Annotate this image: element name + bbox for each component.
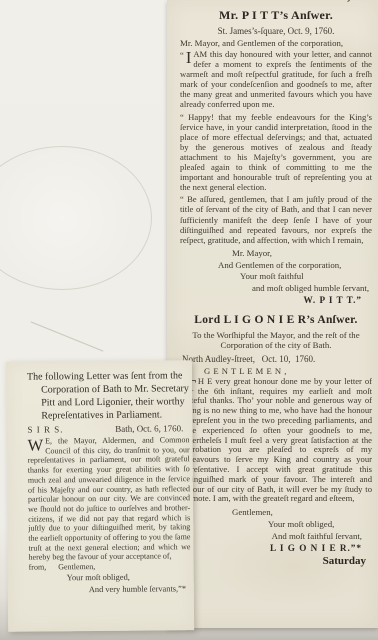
ligonier-sign-line-2: Your moſt obliged, (180, 519, 372, 531)
ligonier-sign-line-3: And moſt faithful ſervant, (180, 531, 372, 543)
pitt-dateline: St. James’s-ſquare, Oct. 9, 1760. (180, 26, 372, 36)
drop-cap-w: W (27, 437, 43, 452)
ligonier-addressee: To the Worſhipful the Mayor, and the reſ… (180, 330, 372, 350)
paper-crease (31, 321, 104, 351)
pitt-answer-letter: Mr. P I T T’s Anſwer. St. James’s-ſquare… (180, 8, 372, 307)
bath-letter-intro: The following Letter was ſent from the C… (27, 369, 189, 422)
bath-letter-dateline: Bath, Oct. 6, 1760. (115, 423, 183, 434)
drop-cap-i: I (186, 50, 192, 65)
pitt-salutation: Mr. Mayor, and Gentlemen of the corporat… (180, 38, 372, 48)
pitt-paragraph-1: “ IAM this day honoured with your letter… (180, 49, 372, 110)
open-quote: “ (180, 49, 184, 61)
ligonier-dateline: North Audley-ſtreet, Oct. 10, 1760. (180, 354, 372, 364)
ligonier-salutation: G E N T L E M E N , (180, 366, 372, 376)
pitt-sign-line-1: Mr. Mayor, (180, 248, 372, 260)
bath-letter-body-text: E, the Mayor, Aldermen, and Common Counc… (28, 435, 191, 562)
ligonier-paragraph-text: H E very great honour done me by your le… (180, 376, 372, 504)
ligonier-paragraph: “ TH E very great honour done me by your… (180, 377, 372, 504)
newspaper-clipping-bath-letter: The following Letter was ſent from the C… (6, 360, 194, 632)
paper-watermark (0, 146, 152, 290)
ligonier-answer-title: Lord L I G O N I E R’s Anſwer. (180, 314, 372, 326)
scan-backing-paper: ’ Mr. P I T T’s Anſwer. St. James’s-ſqua… (0, 0, 378, 640)
pitt-paragraph-1-text: AM this day honoured with your letter, a… (180, 49, 372, 109)
pitt-answer-title: Mr. P I T T’s Anſwer. (180, 8, 372, 23)
ligonier-signature: L I G O N I E R.”* (180, 543, 372, 555)
pitt-signature: W. P I T T.” (180, 295, 372, 307)
bath-letter-salutation-row: S I R S. Bath, Oct. 6, 1760. (27, 423, 183, 434)
bath-letter-salutation: S I R S. (27, 424, 63, 434)
saturday-annotation: Saturday (180, 555, 372, 567)
pitt-sign-line-4: and moſt obliged humble ſervant, (180, 283, 372, 295)
newspaper-clipping-answers: ’ Mr. P I T T’s Anſwer. St. James’s-ſqua… (167, 0, 378, 628)
pitt-paragraph-2: “ Happy! that my feeble endeavours for t… (180, 112, 372, 193)
ligonier-sign-line-1: Gentlemen, (180, 507, 372, 519)
pitt-sign-line-2: And Gentlemen of the corporation, (180, 260, 372, 272)
ligonier-answer-letter: Lord L I G O N I E R’s Anſwer. To the Wo… (180, 314, 372, 568)
bath-letter-closing-2: And very humble ſervants,”* (29, 583, 191, 596)
bath-letter-body: WE, the Mayor, Aldermen, and Common Coun… (27, 435, 190, 563)
pitt-sign-line-3: Your moſt faithful (180, 271, 372, 283)
pitt-paragraph-3: “ Be aſſured, gentlemen, that I am juſtl… (180, 194, 372, 244)
